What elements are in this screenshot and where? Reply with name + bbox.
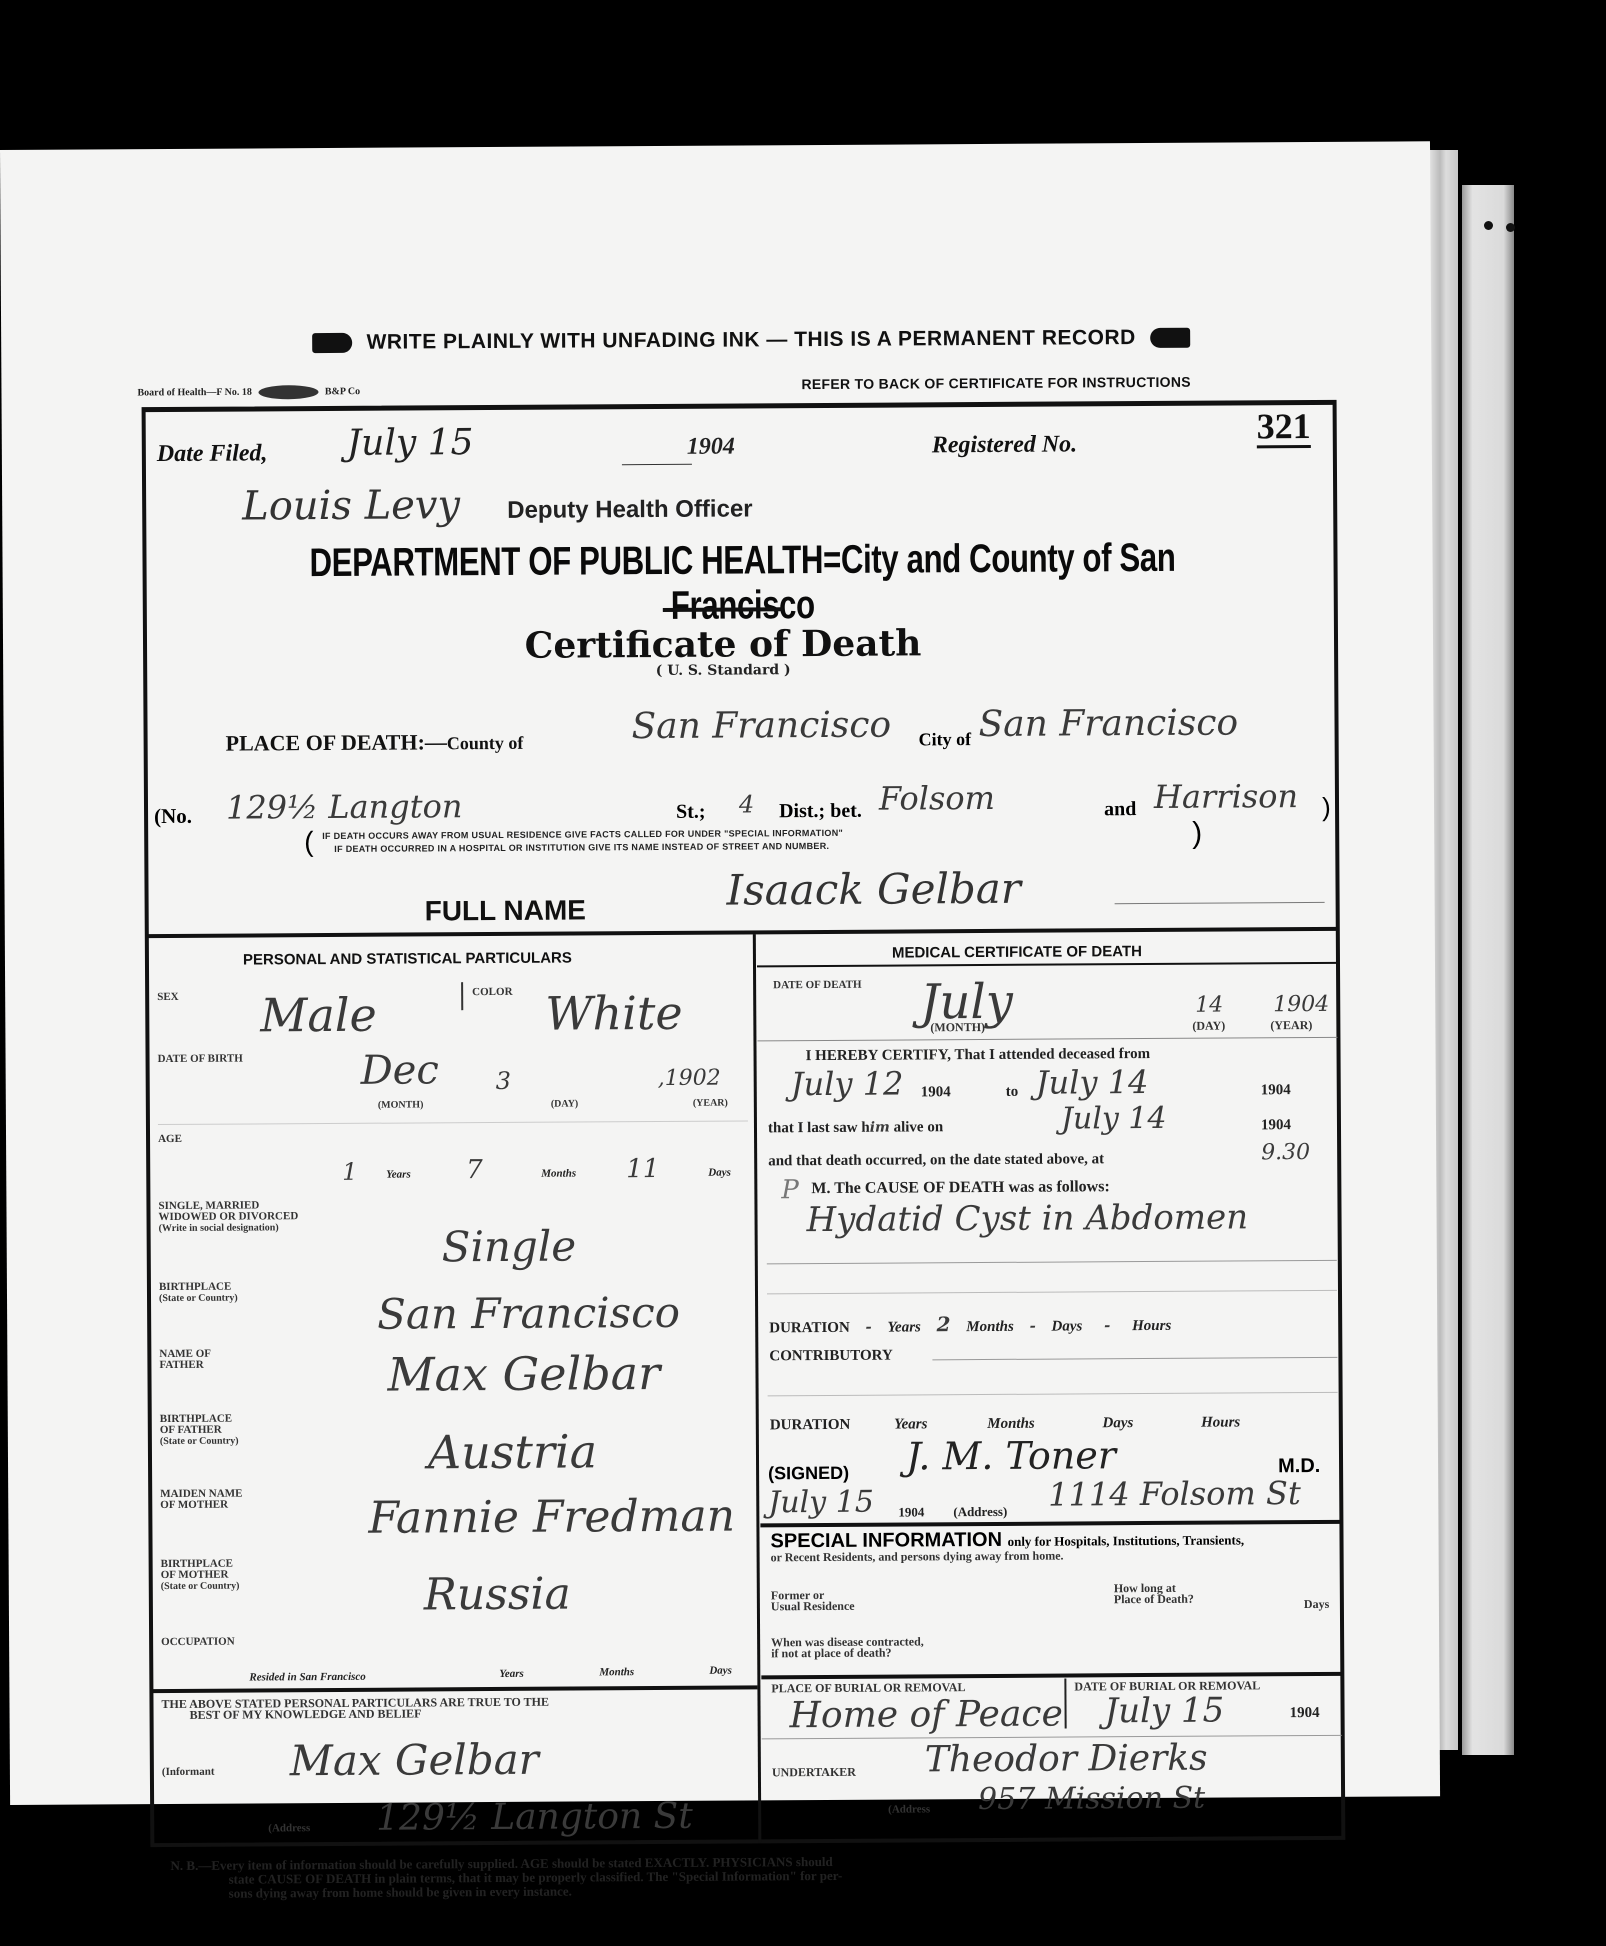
former-residence-label: Former or Usual Residence (771, 1590, 855, 1613)
union-seal-icon (258, 385, 318, 399)
disease-contracted-label: When was disease contracted, if not at p… (771, 1636, 924, 1659)
death-occurred-text: and that death occurred, on the date sta… (768, 1151, 1104, 1170)
page-edge-stack (1462, 185, 1514, 1755)
duration-row: DURATION - Years 2 Months - Days - Hours (769, 1311, 1171, 1337)
color-label: COLOR (472, 987, 512, 998)
undertaker-address-label: (Address (888, 1804, 930, 1815)
marital-value: Single (442, 1222, 577, 1272)
form-id: Board of Health—F No. 18 B&P Co (137, 385, 360, 400)
mother-name-value: Fannie Fredman (368, 1491, 735, 1544)
death-time: 9.30 (1261, 1140, 1310, 1165)
between-street-1: Folsom (879, 779, 995, 818)
attended-to: July 14 (1036, 1063, 1149, 1102)
personal-section-title: PERSONAL AND STATISTICAL PARTICULARS (243, 950, 572, 969)
medical-section-title: MEDICAL CERTIFICATE OF DEATH (892, 943, 1142, 962)
cause-label: M. The CAUSE OF DEATH was as follows: (811, 1178, 1109, 1198)
age-label: AGE (158, 1134, 182, 1145)
banner-text: WRITE PLAINLY WITH UNFADING INK — THIS I… (366, 326, 1135, 354)
undertaker-label: UNDERTAKER (772, 1767, 856, 1779)
informant-label: (Informant (162, 1767, 215, 1778)
burial-place-label: PLACE OF BURIAL OR REMOVAL (771, 1682, 965, 1694)
undertaker-value: Theodor Dierks (925, 1738, 1208, 1781)
burial-place-value: Home of Peace (789, 1694, 1062, 1737)
physician-address: 1114 Folsom St (1048, 1474, 1301, 1514)
mother-birthplace-value: Russia (424, 1569, 571, 1621)
father-birthplace-label: BIRTHPLACE OF FATHER (State or Country) (160, 1414, 239, 1447)
father-name-value: Max Gelbar (387, 1346, 660, 1402)
informant-value: Max Gelbar (290, 1735, 539, 1786)
mother-name-label: MAIDEN NAME OF MOTHER (160, 1489, 242, 1512)
date-filed-label: Date Filed, (157, 440, 268, 468)
street-label: St.; (676, 801, 706, 824)
informant-address-value: 129½ Langton St (376, 1796, 693, 1839)
district-label: Dist.; bet. (779, 800, 862, 824)
sex-label: SEX (157, 992, 178, 1003)
dob-label: DATE OF BIRTH (158, 1054, 243, 1066)
age-years: 1 (342, 1158, 357, 1186)
full-name-value: Isaack Gelbar (726, 864, 1021, 915)
city-label: City of (919, 729, 972, 750)
pointing-hand-icon (312, 333, 352, 353)
ink-banner: WRITE PLAINLY WITH UNFADING INK — THIS I… (191, 325, 1311, 356)
dob-year: ,1902 (658, 1066, 721, 1091)
duration-row-2: DURATION Years Months Days Hours (770, 1414, 1241, 1434)
city-value: San Francisco (978, 702, 1238, 745)
resided-label: Resided in San Francisco (249, 1671, 366, 1684)
place-of-death-row: PLACE OF DEATH:—County of (226, 729, 524, 757)
registered-number: 321 (1257, 407, 1311, 448)
street-no-label: (No. (154, 804, 192, 829)
and-label: and (1104, 798, 1136, 821)
sex-value: Male (260, 988, 377, 1043)
color-value: White (545, 986, 683, 1041)
cause-of-death: Hydatid Cyst in Abdomen (806, 1197, 1248, 1240)
last-saw-text: that I last saw him alive on (768, 1119, 943, 1137)
signed-label: (SIGNED) (768, 1463, 849, 1484)
date-filed-value: July 15 (347, 422, 474, 464)
dob-month: Dec (360, 1047, 438, 1093)
death-certificate-page: WRITE PLAINLY WITH UNFADING INK — THIS I… (0, 141, 1440, 1805)
last-saw-date: July 14 (1061, 1101, 1167, 1137)
birthplace-value: San Francisco (377, 1288, 680, 1339)
contributory-label: CONTRIBUTORY (769, 1348, 892, 1366)
signed-date: July 15 (768, 1485, 874, 1521)
age-days: 11 (626, 1154, 659, 1184)
father-birthplace-value: Austria (428, 1424, 597, 1479)
occupation-label: OCCUPATION (161, 1637, 235, 1648)
how-long-label: How long at Place of Death? (1114, 1583, 1194, 1605)
father-name-label: NAME OF FATHER (159, 1349, 211, 1371)
certify-statement: I HEREBY CERTIFY, That I attended deceas… (806, 1046, 1151, 1065)
burial-date-value: July 15 (1104, 1691, 1224, 1732)
refer-instructions: REFER TO BACK OF CERTIFICATE FOR INSTRUC… (801, 374, 1191, 392)
mother-birthplace-label: BIRTHPLACE OF MOTHER (State or Country) (161, 1559, 240, 1592)
informant-address-label: (Address (268, 1823, 310, 1834)
binding-hole (1506, 223, 1515, 232)
binding-hole (1484, 221, 1493, 230)
attended-from: July 12 (791, 1064, 904, 1103)
pm-marker: P (781, 1175, 799, 1205)
filed-year: 1904 (687, 434, 735, 461)
age-months: 7 (466, 1155, 483, 1185)
between-street-2: Harrison (1154, 777, 1298, 816)
birthplace-label: BIRTHPLACE (State or Country) (159, 1282, 238, 1304)
street-value: 129½ Langton (226, 787, 463, 826)
officer-title: Deputy Health Officer (507, 495, 753, 524)
pointing-hand-icon (1150, 328, 1190, 348)
county-value: San Francisco (631, 705, 891, 748)
officer-signature: Louis Levy (242, 482, 460, 529)
footnote: N. B.—Every item of information should b… (170, 1855, 842, 1901)
attestation: THE ABOVE STATED PERSONAL PARTICULARS AR… (161, 1697, 549, 1721)
physician-signature: J. M. Toner (906, 1433, 1116, 1478)
marital-label: SINGLE, MARRIED WIDOWED OR DIVORCED (Wri… (158, 1200, 298, 1234)
date-of-death-label: DATE OF DEATH (773, 980, 861, 992)
dod-year: 1904 (1273, 992, 1329, 1017)
full-name-label: FULL NAME (425, 894, 586, 927)
dod-day: 14 (1195, 993, 1223, 1018)
department-title: DEPARTMENT OF PUBLIC HEALTH=City and Cou… (282, 536, 1203, 632)
dob-day: 3 (496, 1067, 511, 1095)
district-value: 4 (739, 790, 754, 818)
undertaker-address-value: 957 Mission St (978, 1781, 1205, 1817)
registered-label: Registered No. (932, 431, 1077, 459)
